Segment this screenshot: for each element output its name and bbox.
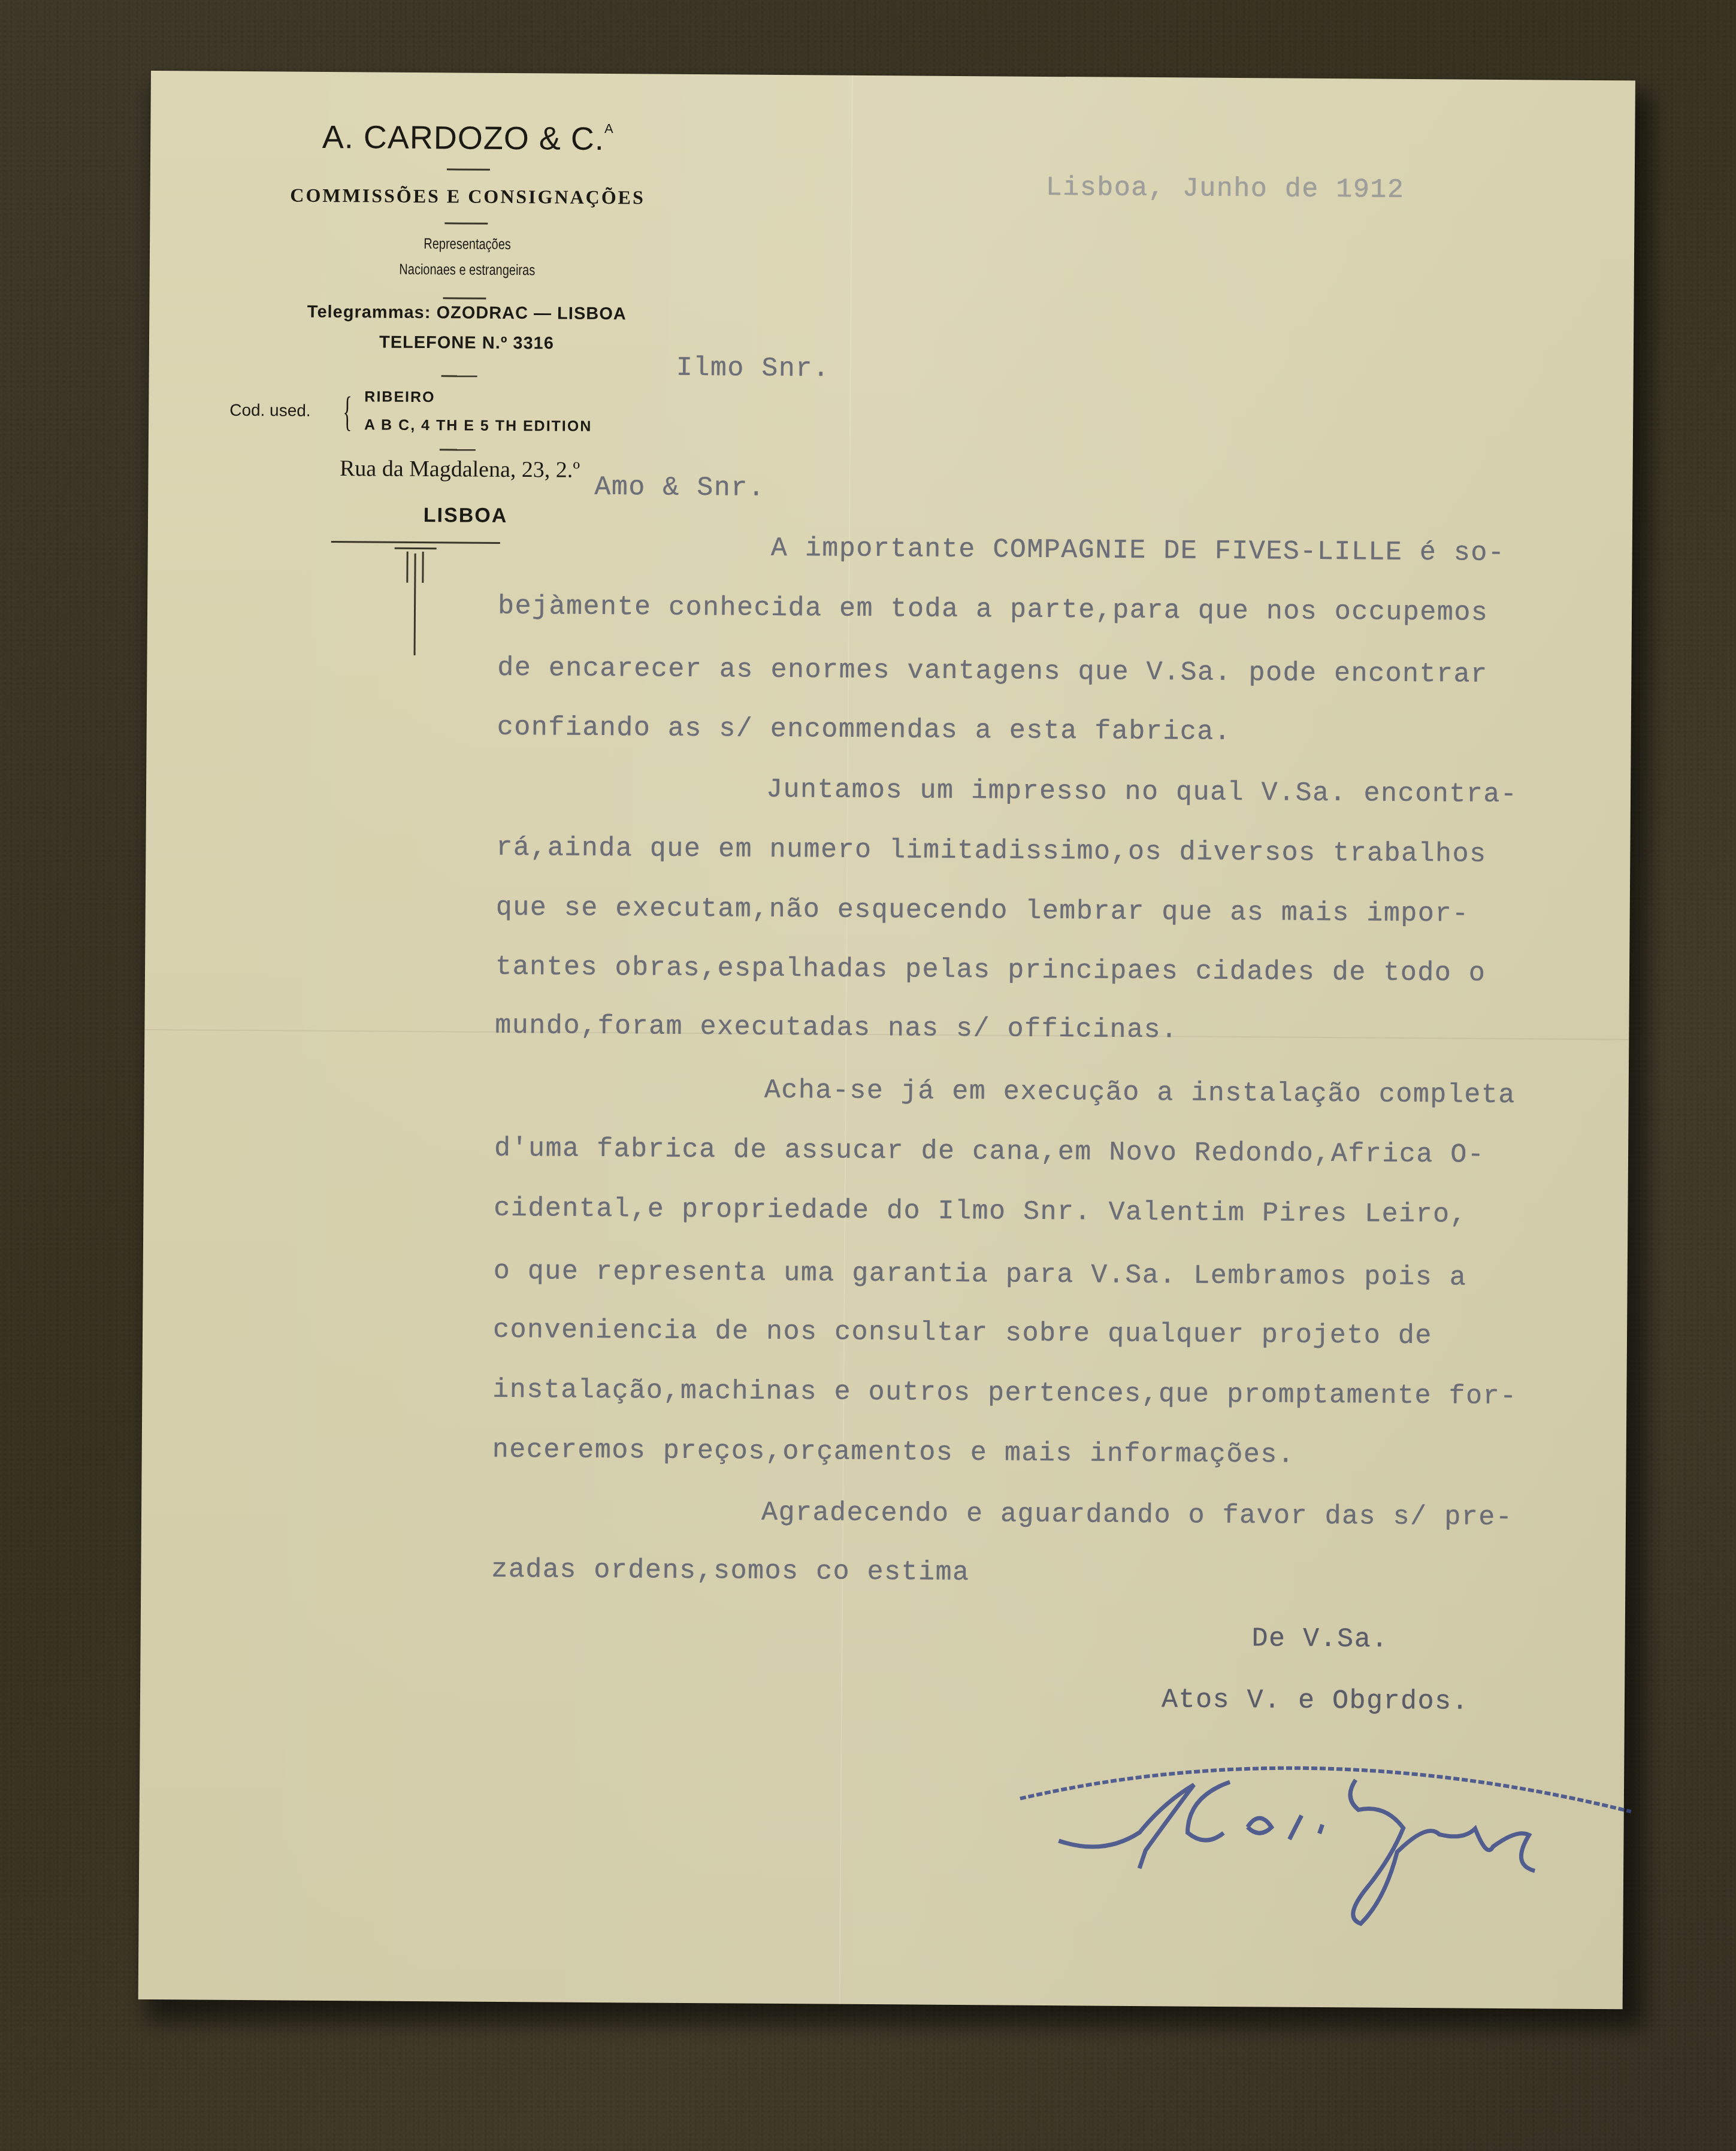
body-line: tantes obras,espalhadas pelas principaes… (495, 952, 1486, 989)
codes-label: Cod. used. (229, 401, 311, 420)
divider (441, 375, 477, 377)
closing-line-1: De V.Sa. (1252, 1623, 1389, 1655)
signature-stamp (1007, 1742, 1643, 1962)
body-line: que se executam,não esquecendo lembrar q… (496, 893, 1469, 930)
code-abc: A B C, 4 TH E 5 TH EDITION (364, 416, 592, 435)
body-line: cidental,e propriedade do Ilmo Snr. Vale… (494, 1193, 1467, 1230)
letter-date: Lisboa, Junho de 1912 (1046, 173, 1405, 205)
body-line: d'uma fabrica de assucar de cana,em Novo… (494, 1133, 1485, 1170)
body-line: confiando as s/ encommendas a esta fabri… (497, 712, 1232, 748)
body-line: zadas ordens,somos co estima (491, 1554, 969, 1588)
divider (444, 222, 488, 224)
ornament-line (406, 552, 408, 583)
body-line: rá,ainda que em numero limitadissimo,os … (496, 833, 1487, 870)
telegram-address: Telegrammas: OZODRAC — LISBOA (239, 302, 694, 325)
body-line: neceremos preços,orçamentos e mais infor… (492, 1435, 1295, 1471)
brace-icon: { (343, 388, 352, 436)
business-type: COMMISSÕES E CONSIGNAÇÕES (204, 184, 731, 210)
body-line: conveniencia de nos consultar sobre qual… (493, 1315, 1432, 1351)
body-line: Juntamos um impresso no qual V.Sa. encon… (766, 775, 1518, 810)
ornament-line (422, 552, 424, 583)
body-line: o que representa uma garantia para V.Sa.… (494, 1256, 1467, 1293)
ornament-line (414, 553, 416, 655)
telephone-number: TELEFONE N.º 3316 (239, 332, 694, 355)
ornament-rule-short (395, 547, 437, 549)
divider (440, 449, 476, 450)
body-line: A importante COMPAGNIE DE FIVES-LILLE é … (771, 533, 1505, 568)
salutation-line-1: Ilmo Snr. (676, 353, 830, 385)
city: LISBOA (238, 503, 693, 529)
company-name: A. CARDOZO & C.A (240, 118, 695, 158)
body-line: Agradecendo e aguardando o favor das s/ … (761, 1497, 1513, 1533)
representation-line-1: Representações (323, 235, 611, 254)
body-line: instalação,machinas e outros pertences,q… (492, 1375, 1517, 1412)
body-line: Acha-se já em execução a instalação comp… (764, 1075, 1516, 1111)
salutation-line-2: Amo & Snr. (594, 472, 765, 504)
representation-line-2: Nacionaes e estrangeiras (323, 261, 611, 280)
divider (443, 297, 486, 299)
letter-paper: A. CARDOZO & C.A COMMISSÕES E CONSIGNAÇÕ… (138, 71, 1635, 2009)
code-ribeiro: RIBEIRO (364, 388, 435, 406)
body-line: bejàmente conhecida em toda a parte,para… (498, 591, 1489, 628)
divider (447, 168, 490, 170)
body-line: de encarecer as enormes vantagens que V.… (497, 653, 1488, 690)
ornament-rule-long (331, 541, 500, 544)
closing-line-2: Atos V. e Obgrdos. (1162, 1684, 1469, 1717)
body-line: mundo,foram executadas nas s/ officinas. (495, 1011, 1178, 1046)
